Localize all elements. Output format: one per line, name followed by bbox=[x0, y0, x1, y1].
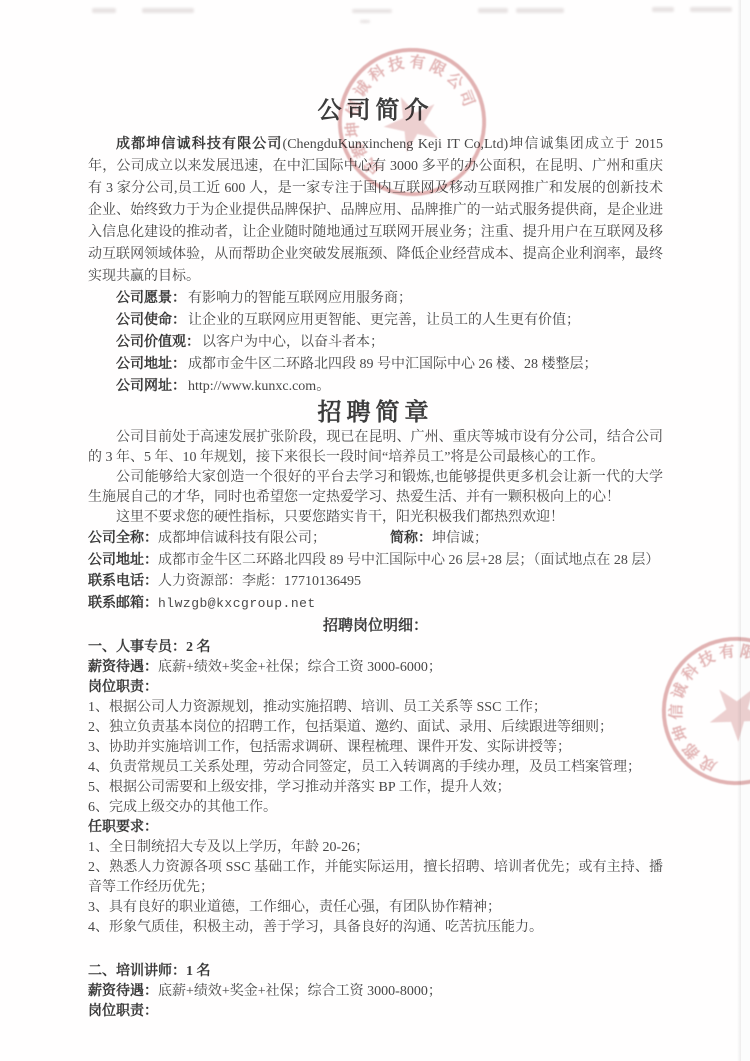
job1-duty-1: 1、根据公司人力资源规划，推动实施招聘、培训、员工关系等 SSC 工作； bbox=[88, 698, 663, 718]
company-website-line: 公司网址：http://www.kunxc.com。 bbox=[88, 376, 663, 398]
email-address: hlwzgb@kxcgroup.net bbox=[158, 596, 316, 611]
contact-phone-line: 联系电话：人力资源部：李彪：17710136495 bbox=[88, 571, 663, 593]
company-intro-title: 公司简介 bbox=[88, 96, 663, 126]
office-address-line: 公司地址：成都市金牛区二环路北四段 89 号中汇国际中心 26 层+28 层；（… bbox=[88, 550, 663, 572]
job1-duties-list: 1、根据公司人力资源规划，推动实施招聘、培训、员工关系等 SSC 工作； 2、独… bbox=[88, 698, 663, 818]
job1-salary-line: 薪资待遇：底薪+绩效+奖金+社保；综合工资 3000-6000； bbox=[88, 658, 663, 678]
scan-artifact bbox=[690, 7, 732, 12]
job1-requirement-4: 4、形象气质佳，积极主动，善于学习，具备良好的沟通、吃苦抗压能力。 bbox=[88, 918, 663, 938]
company-facts-list: 公司愿景：有影响力的智能互联网应用服务商； 公司使命：让企业的互联网应用更智能、… bbox=[88, 288, 663, 398]
job1-duty-2: 2、独立负责基本岗位的招聘工作，包括渠道、邀约、面试、录用、后续跟进等细则； bbox=[88, 718, 663, 738]
job1-duty-5: 5、根据公司需要和上级安排，学习推动并落实 BP 工作，提升人效； bbox=[88, 778, 663, 798]
job1-requirement-2: 2、熟悉人力资源各项 SSC 基础工作，并能实际运用，擅长招聘、培训者优先；或有… bbox=[88, 858, 663, 898]
job1-duty-6: 6、完成上级交办的其他工作。 bbox=[88, 798, 663, 818]
job1-duty-3: 3、协助并实施培训工作，包括需求调研、课程梳理、课件开发、实际讲授等； bbox=[88, 738, 663, 758]
document-content: 公司简介 成都坤信诚科技有限公司(ChengduKunxincheng Keji… bbox=[88, 0, 663, 1022]
company-intro-paragraph: 成都坤信诚科技有限公司(ChengduKunxincheng Keji IT C… bbox=[88, 134, 663, 288]
job1-requirements-list: 1、全日制统招大专及以上学历，年龄 20-26； 2、熟悉人力资源各项 SSC … bbox=[88, 838, 663, 938]
full-name-line: 公司全称：成都坤信诚科技有限公司；简称：坤信诚； bbox=[88, 528, 663, 550]
scanned-document-page: 公司简介 成都坤信诚科技有限公司(ChengduKunxincheng Keji… bbox=[0, 0, 750, 1061]
company-address-line: 公司地址：成都市金牛区二环路北四段 89 号中汇国际中心 26 楼、28 楼整层… bbox=[88, 354, 663, 376]
recruit-paragraph-2: 公司能够给大家创造一个很好的平台去学习和锻炼,也能够提供更多机会让新一代的大学生… bbox=[88, 468, 663, 508]
section-spacer bbox=[88, 938, 663, 960]
job2-salary-line: 薪资待遇：底薪+绩效+奖金+社保；综合工资 3000-8000； bbox=[88, 982, 663, 1002]
job1-title: 一、人事专员：2 名 bbox=[88, 638, 663, 658]
job1-duties-label: 岗位职责： bbox=[88, 678, 663, 698]
job1-requirement-1: 1、全日制统招大专及以上学历，年龄 20-26； bbox=[88, 838, 663, 858]
company-vision-line: 公司愿景：有影响力的智能互联网应用服务商； bbox=[88, 288, 663, 310]
job1-requirements-label: 任职要求： bbox=[88, 818, 663, 838]
scan-edge-shade bbox=[741, 0, 750, 1061]
job1-requirement-3: 3、具有良好的职业道德，工作细心，责任心强，有团队协作精神； bbox=[88, 898, 663, 918]
page-edge bbox=[737, 0, 741, 1061]
recruit-paragraph-1: 公司目前处于高速发展扩张阶段，现已在昆明、广州、重庆等城市设有分公司，结合公司的… bbox=[88, 428, 663, 468]
recruitment-title: 招聘简章 bbox=[88, 398, 663, 428]
company-values-line: 公司价值观：以客户为中心，以奋斗者本； bbox=[88, 332, 663, 354]
recruit-paragraph-3: 这里不要求您的硬性指标，只要您踏实肯干，阳光积极我们都热烈欢迎！ bbox=[88, 508, 663, 528]
positions-heading: 招聘岗位明细： bbox=[88, 616, 663, 636]
contact-email-line: 联系邮箱：hlwzgb@kxcgroup.net bbox=[88, 593, 663, 615]
company-name: 成都坤信诚科技有限公司 bbox=[116, 137, 283, 152]
job1-duty-4: 4、负责常规员工关系处理，劳动合同签定，员工入转调离的手续办理，及员工档案管理； bbox=[88, 758, 663, 778]
job2-title: 二、培训讲师：1 名 bbox=[88, 962, 663, 982]
job2-duties-label: 岗位职责： bbox=[88, 1002, 663, 1022]
company-mission-line: 公司使命：让企业的互联网应用更智能、更完善，让员工的人生更有价值； bbox=[88, 310, 663, 332]
